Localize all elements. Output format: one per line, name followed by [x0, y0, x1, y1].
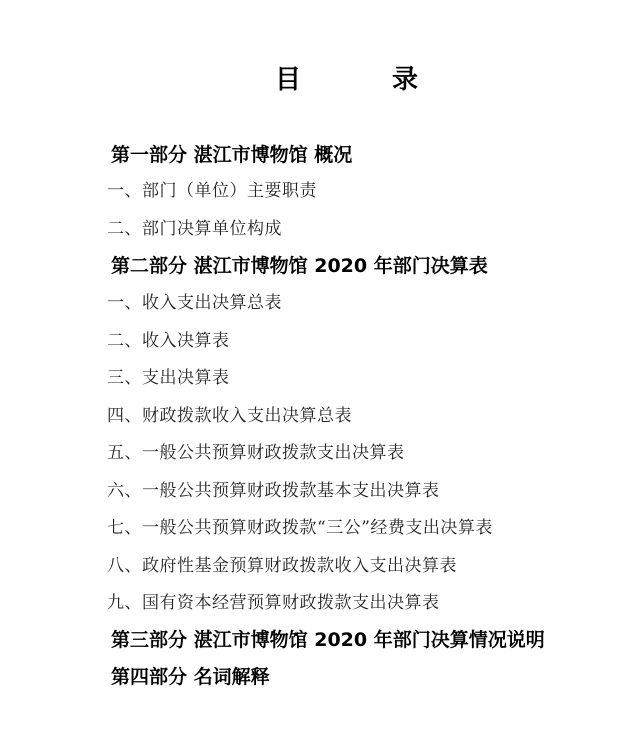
toc-item-1-2: 二、部门决算单位构成 — [107, 214, 282, 244]
toc-item-2-9: 九、国有资本经营预算财政拨款支出决算表 — [107, 588, 440, 618]
toc-item-2-2: 二、收入决算表 — [107, 326, 230, 356]
title-char-mu: 目 — [275, 60, 301, 100]
toc-item-1-1: 一、部门（单位）主要职责 — [107, 176, 317, 206]
toc-item-2-7: 七、一般公共预算财政拨款“三公”经费支出决算表 — [107, 513, 493, 543]
toc-part-3: 第三部分 湛江市博物馆 2020 年部门决算情况说明 — [111, 625, 545, 655]
title-char-lu: 录 — [392, 60, 418, 100]
toc-part-1: 第一部分 湛江市博物馆 概况 — [111, 140, 352, 170]
toc-item-2-8: 八、政府性基金预算财政拨款收入支出决算表 — [107, 551, 457, 581]
toc-part-2: 第二部分 湛江市博物馆 2020 年部门决算表 — [111, 251, 488, 281]
toc-item-2-3: 三、支出决算表 — [107, 363, 230, 393]
toc-item-2-5: 五、一般公共预算财政拨款支出决算表 — [107, 438, 405, 468]
toc-part-4: 第四部分 名词解释 — [111, 662, 270, 692]
page-title: 目 录 — [0, 60, 638, 100]
toc-item-2-4: 四、财政拨款收入支出决算总表 — [107, 401, 352, 431]
toc-item-2-1: 一、收入支出决算总表 — [107, 288, 282, 318]
toc-item-2-6: 六、一般公共预算财政拨款基本支出决算表 — [107, 476, 440, 506]
